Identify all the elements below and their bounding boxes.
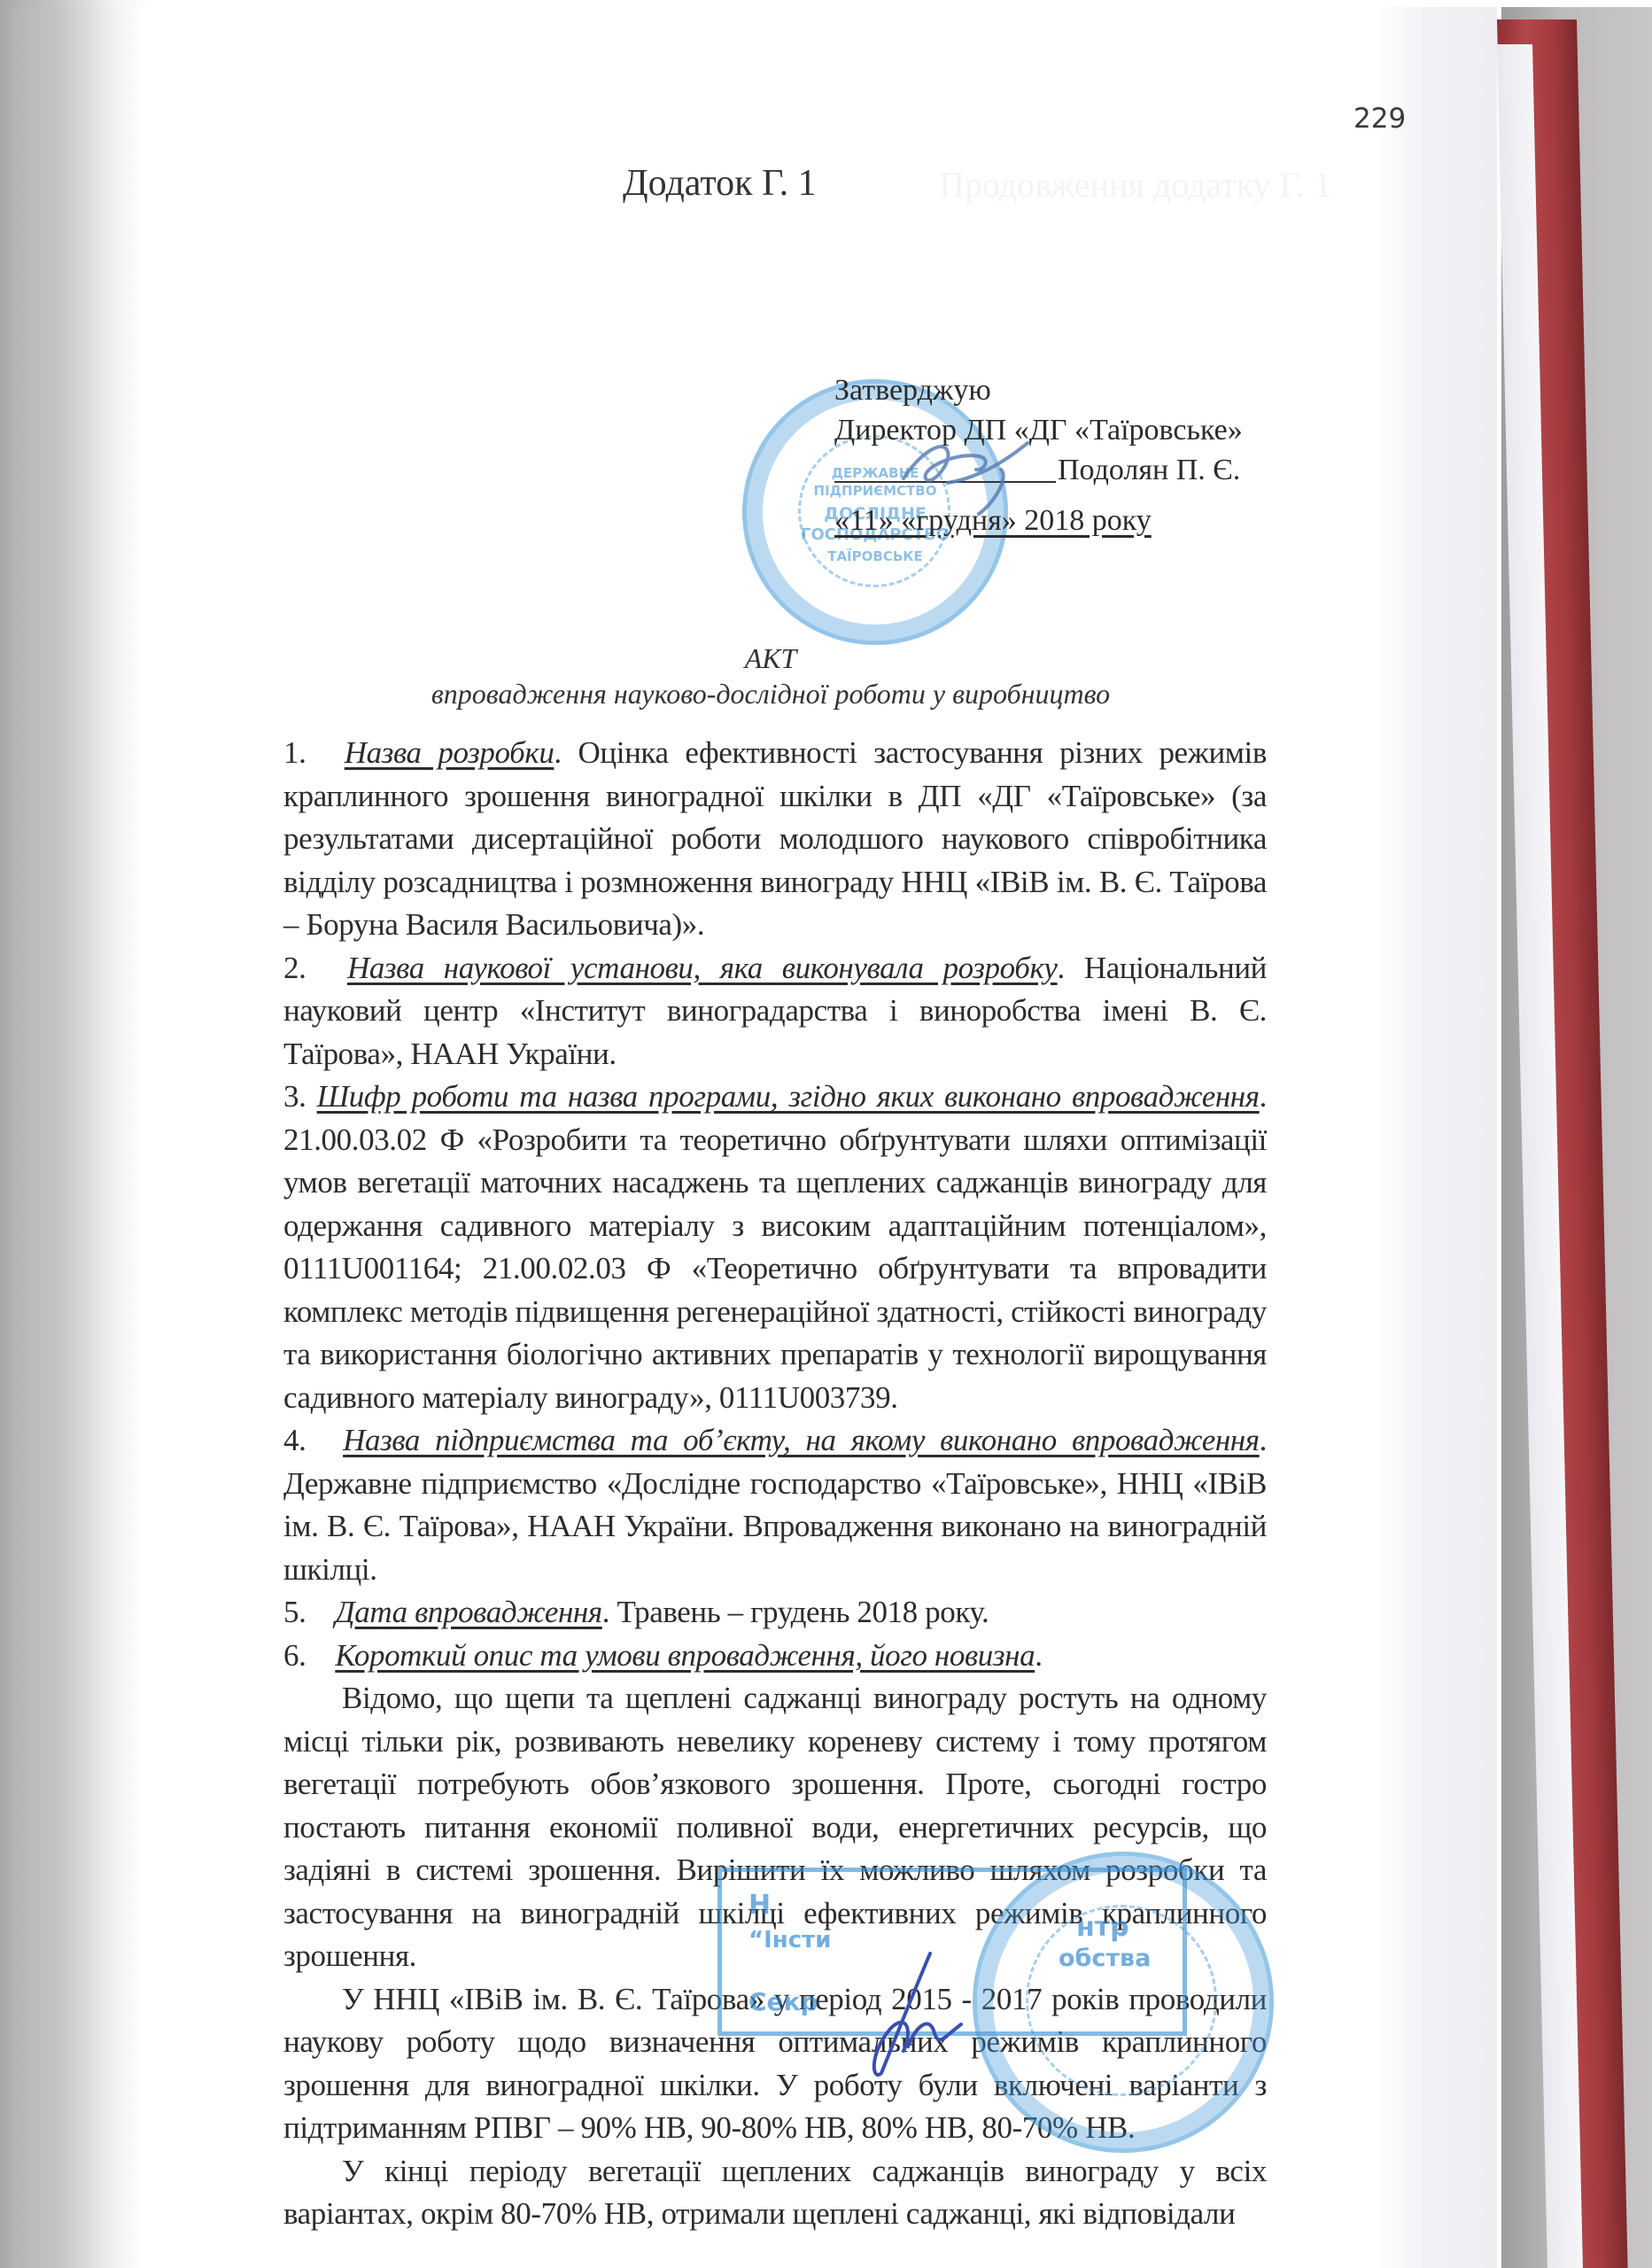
section-4: 4. Назва підприємства та об’єкту, на яко… xyxy=(283,1419,1267,1591)
section-label: Шифр роботи та назва програми, згідно як… xyxy=(317,1079,1260,1114)
section-2: 2. Назва наукової установи, яка виконува… xyxy=(283,947,1267,1076)
section-3: 3. Шифр роботи та назва програми, згідно… xyxy=(283,1076,1267,1419)
bleed-through-text: Продовження додатку Г. 1 xyxy=(939,164,1331,206)
act-subtitle: впровадження науково-дослідної роботи у … xyxy=(266,676,1276,711)
section-6: 6. Короткий опис та умови впровадження, … xyxy=(283,1635,1267,1678)
act-title: АКТ xyxy=(266,641,1276,676)
approve-label: Затверджую xyxy=(834,370,1243,410)
paragraph: У кінці періоду вегетації щеплених саджа… xyxy=(283,2150,1267,2236)
section-text: 21.00.03.02 Ф «Розробити та теоретично о… xyxy=(283,1122,1267,1415)
section-text: Травень – грудень 2018 року. xyxy=(617,1595,989,1629)
appendix-title: Додаток Г. 1 xyxy=(623,162,817,205)
section-label: Назва підприємства та об’єкту, на якому … xyxy=(343,1423,1260,1457)
director-signature-icon xyxy=(895,416,1045,523)
round-stamp-naan xyxy=(973,1852,1274,2153)
section-label: Короткий опис та умови впровадження, йог… xyxy=(335,1638,1035,1673)
section-1: 1. Назва розробки. Оцінка ефективності з… xyxy=(283,732,1267,947)
act-title-block: АКТ впровадження науково-дослідної робот… xyxy=(266,641,1276,711)
section-5: 5. Дата впровадження. Травень – грудень … xyxy=(283,1591,1267,1635)
page-number: 229 xyxy=(1353,103,1406,135)
secretary-signature-icon xyxy=(864,1949,979,2082)
section-label: Назва наукової установи, яка виконувала … xyxy=(347,951,1058,985)
section-label: Назва розробки xyxy=(345,735,555,770)
director-name: Подолян П. Є. xyxy=(1058,454,1240,486)
section-text: Державне підприємство «Дослідне господар… xyxy=(283,1466,1267,1587)
section-label: Дата впровадження xyxy=(335,1595,601,1629)
